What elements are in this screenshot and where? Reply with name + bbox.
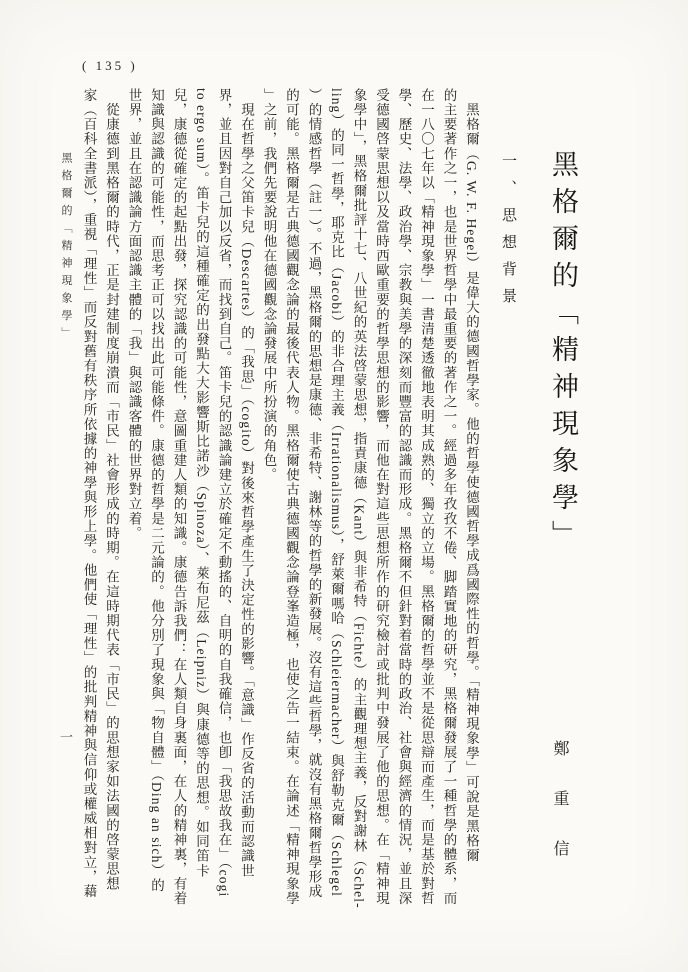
text-column: 在一八〇七年以「精神現象學」一書清楚透徹地表明其成熟的、獨立的立場。黑格爾的哲學… [415,88,438,912]
text-column: 知識與認識的可能性，而思考正可以找出此可能條件。康德的哲學是二元論的。他分別了現… [145,88,168,912]
text-column: 現在哲學之父笛卡兒（Descartes）的「我思」（cogito）對後來哲學產生… [235,88,258,912]
author-name: 鄭重信 [548,740,571,890]
article-title: 黑格爾的「精神現象學」 [544,150,583,557]
margin-running-title: 黑格爾的「精神現象學」 [58,152,74,345]
text-column: 」之前，我們先要說明他在德國觀念論發展中所扮演的角色。 [257,88,280,912]
text-column: 世界，並且在認識論方面認識主體的「我」與認識客體的世界對立着。 [122,88,145,912]
section-heading: 一、思想背景 [498,153,519,315]
text-columns: 黑格爾（G. W. F. Hegel）是偉大的德國哲學家。他的哲學使德國哲學成爲… [77,88,482,912]
text-column: 的主要著作之一，也是世界哲學中最重要的著作之一。經過多年孜孜不倦、脚踏實地的研究… [437,88,460,912]
text-column: 家（百科全書派），重視「理性」而反對舊有秩序所依據的神學與形上學。他們使「理性」… [77,88,100,912]
text-column: 學、歷史、法學、政治學、宗教與美學的深刻而豐富的認識而形成。黑格爾不但針對着當時… [392,88,415,912]
text-column: ling）的同一哲學，耶克比（Jacobi）的非合理主義（Irrationali… [325,88,348,912]
text-column: 兒，康德從確定的起點出發，探究認識的可能性，意圖重建人類的知識。康德告訴我們：在… [167,88,190,912]
margin-page-marker: 一 [56,730,75,743]
text-column: 象學中」，黑格爾批評十七、八世紀的英法啓蒙思想，指責康德（Kant）與非希特（F… [347,88,370,912]
text-column: 從康德到黑格爾的時代，正是封建制度崩潰而「市民」社會形成的時期。在這時期代表「市… [100,88,123,912]
text-column: ）的情感哲學（註一）。不過，黑格爾的思想是康德、非希特、謝林等的哲學的新發展。沒… [302,88,325,912]
text-column: 黑格爾（G. W. F. Hegel）是偉大的德國哲學家。他的哲學使德國哲學成爲… [460,88,483,912]
scanned-paper-page: ( 135 ) 黑格爾的「精神現象學」 一 黑格爾的「精神現象學」 一、思想背景… [0,0,688,972]
text-column: 的可能。黑格爾是古典德國觀念論的最後代表人物。黑格爾使古典德國觀念論登峯造極，也… [280,88,303,912]
text-column: 受德國啓蒙思想以及當時西歐重要的哲學思想的影響，而他在對這些思想所作的研究檢討或… [370,88,393,912]
text-column: to ergo sum）。笛卡兒的這種確定的出發點大大影響斯比諾沙（Spinoz… [190,88,213,912]
page-number: ( 135 ) [82,58,138,74]
text-column: 界，並且因對自己加以反省，而找到自己。笛卡兒的認識論建立於確定不動搖的、自明的自… [212,88,235,912]
